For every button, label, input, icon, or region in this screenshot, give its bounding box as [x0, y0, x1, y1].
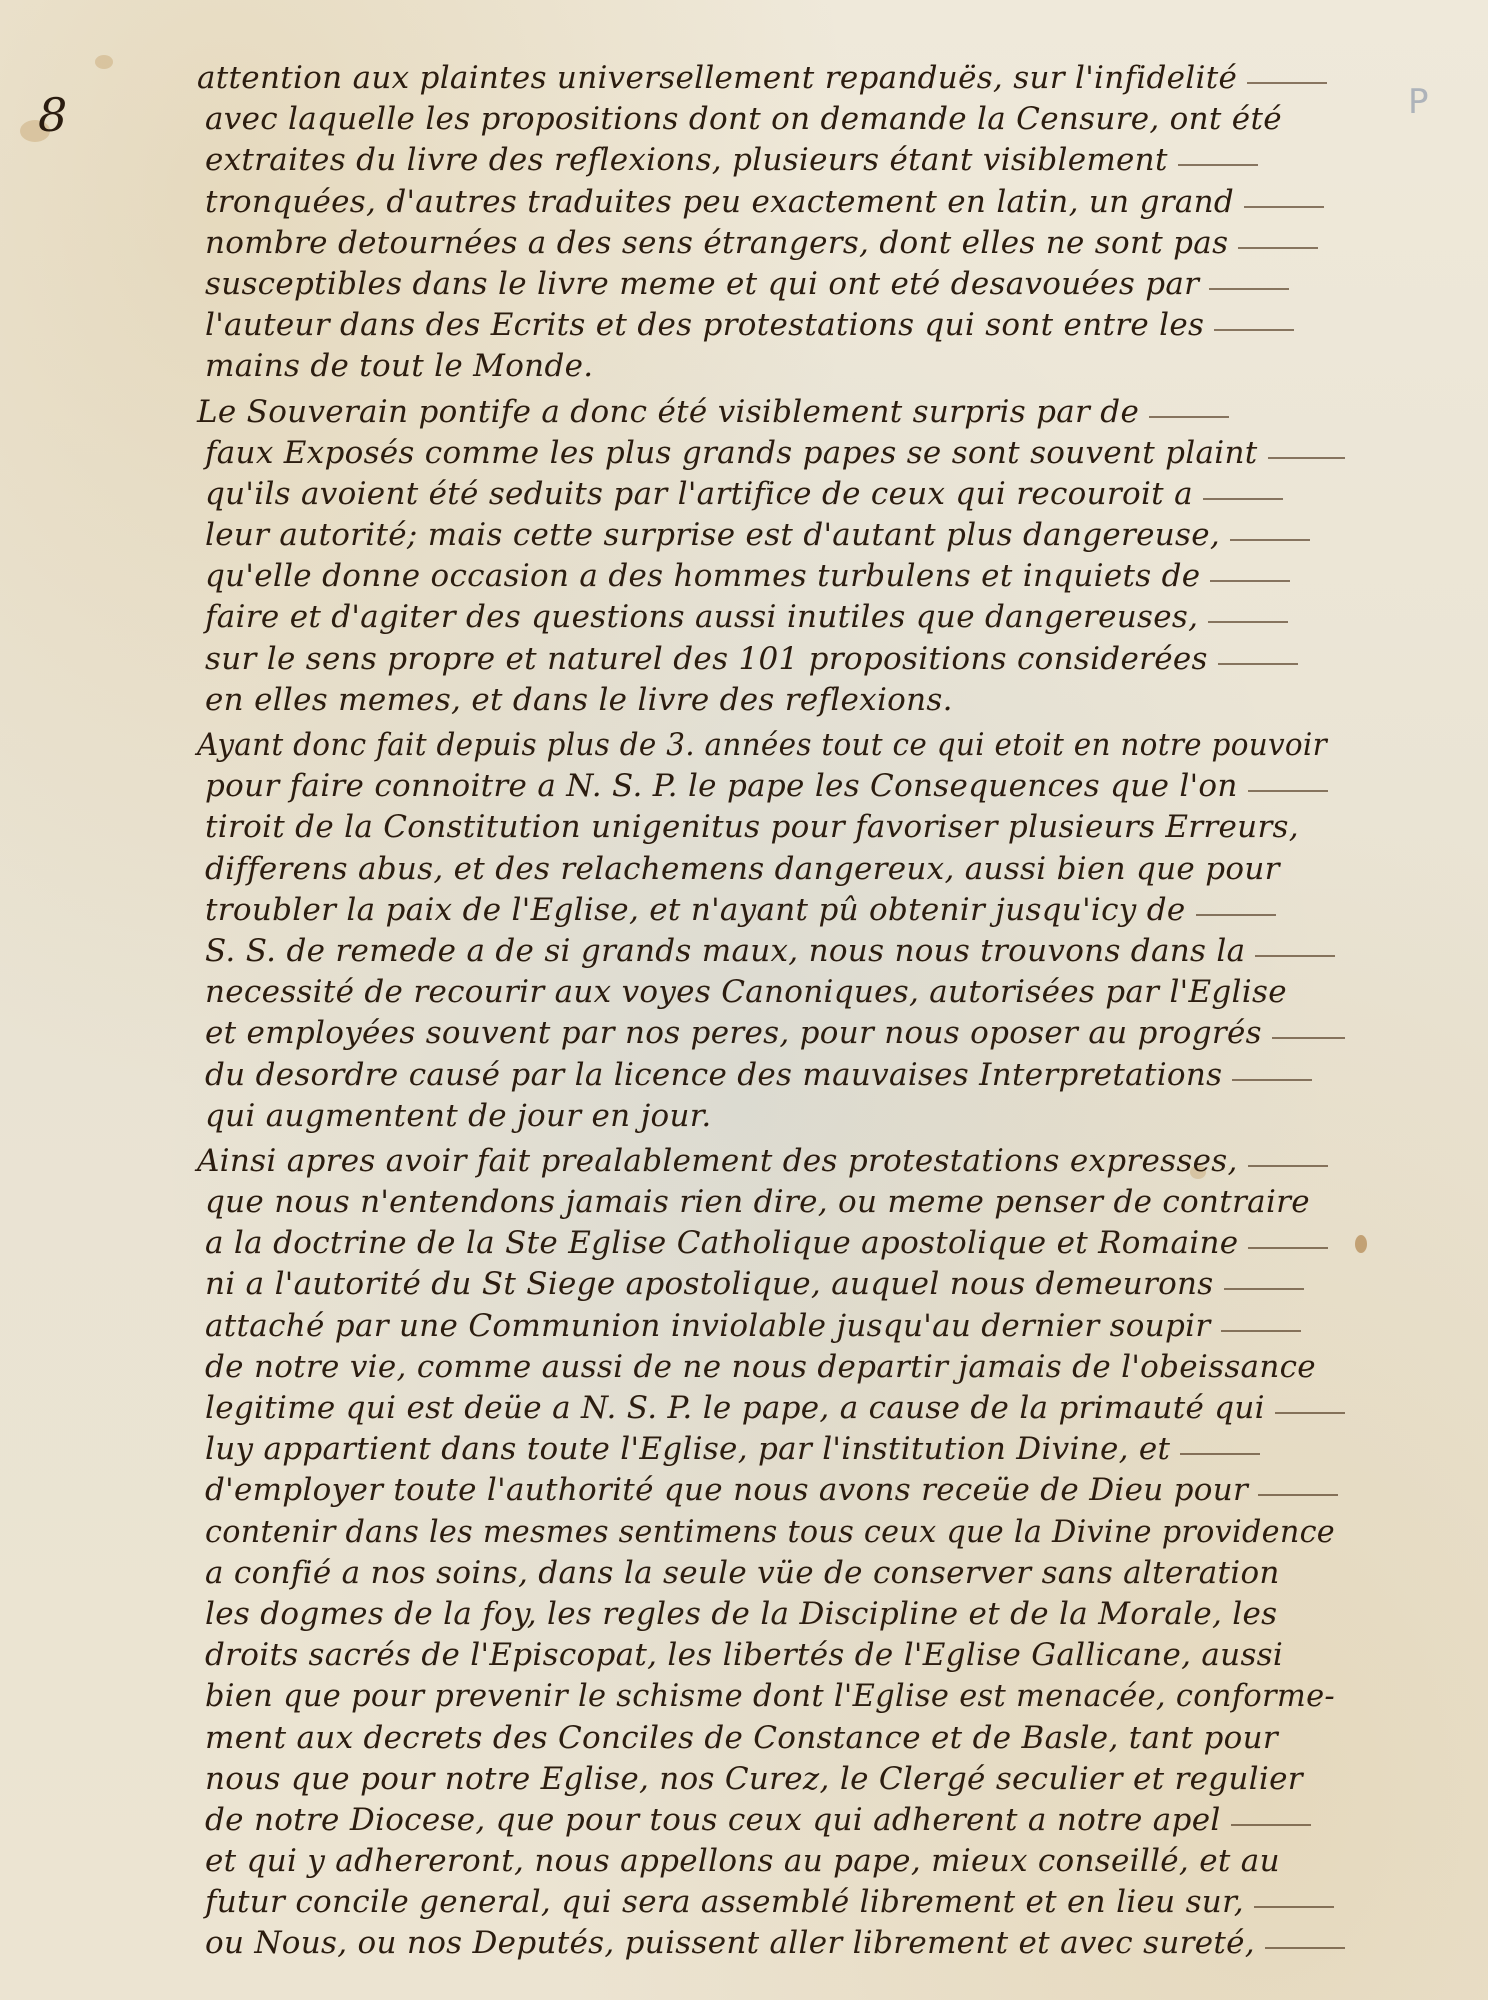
line-filler-stroke — [1221, 1330, 1301, 1332]
handwritten-line: qu'elle donne occasion a des hommes turb… — [205, 556, 1345, 597]
paragraph: attention aux plaintes universellement r… — [205, 58, 1345, 388]
line-text: et employées souvent par nos peres, pour… — [205, 1015, 1262, 1051]
line-filler-stroke — [1214, 329, 1294, 331]
line-filler-stroke — [1210, 580, 1290, 582]
line-filler-stroke — [1196, 914, 1276, 916]
line-text: mains de tout le Monde. — [205, 348, 593, 384]
manuscript-page: 8 P attention aux plaintes universelleme… — [0, 0, 1488, 2000]
handwritten-line: attaché par une Communion inviolable jus… — [205, 1306, 1345, 1347]
line-filler-stroke — [1248, 1165, 1328, 1167]
line-text: d'employer toute l'authorité que nous av… — [205, 1472, 1248, 1508]
line-text: tiroit de la Constitution unigenitus pou… — [205, 809, 1299, 845]
line-filler-stroke — [1149, 416, 1229, 418]
line-filler-stroke — [1218, 663, 1298, 665]
line-text: contenir dans les mesmes sentimens tous … — [205, 1512, 1335, 1553]
line-text: leur autorité; mais cette surprise est d… — [205, 517, 1220, 553]
line-text: Ainsi apres avoir fait prealablement des… — [197, 1143, 1238, 1179]
handwritten-line: nous que pour notre Eglise, nos Curez, l… — [205, 1759, 1345, 1800]
handwritten-line: bien que pour prevenir le schisme dont l… — [205, 1676, 1345, 1717]
handwritten-line: d'employer toute l'authorité que nous av… — [205, 1470, 1345, 1511]
line-text: qu'elle donne occasion a des hommes turb… — [205, 558, 1200, 594]
handwritten-line: que nous n'entendons jamais rien dire, o… — [205, 1182, 1345, 1223]
handwritten-line: attention aux plaintes universellement r… — [197, 58, 1345, 99]
line-filler-stroke — [1268, 457, 1345, 459]
line-text: a la doctrine de la Ste Eglise Catholiqu… — [205, 1225, 1238, 1261]
handwritten-line: futur concile general, qui sera assemblé… — [205, 1882, 1345, 1923]
handwritten-line: S. S. de remede a de si grands maux, nou… — [205, 931, 1345, 972]
line-filler-stroke — [1203, 498, 1283, 500]
line-text: attention aux plaintes universellement r… — [197, 60, 1237, 96]
handwritten-line: et qui y adhereront, nous appellons au p… — [205, 1841, 1345, 1882]
handwritten-line: nombre detournées a des sens étrangers, … — [205, 223, 1345, 264]
handwritten-line: et employées souvent par nos peres, pour… — [205, 1013, 1345, 1054]
line-filler-stroke — [1224, 1288, 1304, 1290]
handwritten-line: tiroit de la Constitution unigenitus pou… — [205, 807, 1345, 848]
foxing-stain — [95, 55, 113, 69]
line-filler-stroke — [1244, 206, 1324, 208]
handwritten-line: differens abus, et des relachemens dange… — [205, 849, 1345, 890]
paragraph: Ayant donc fait depuis plus de 3. années… — [205, 725, 1345, 1137]
line-text: faire et d'agiter des questions aussi in… — [205, 599, 1198, 635]
line-text: necessité de recourir aux voyes Canoniqu… — [205, 974, 1287, 1010]
line-text: extraites du livre des reflexions, plusi… — [205, 142, 1168, 178]
handwritten-line: susceptibles dans le livre meme et qui o… — [205, 264, 1345, 305]
handwritten-line: a la doctrine de la Ste Eglise Catholiqu… — [205, 1223, 1345, 1264]
line-filler-stroke — [1248, 1247, 1328, 1249]
line-text: S. S. de remede a de si grands maux, nou… — [205, 933, 1245, 969]
line-filler-stroke — [1258, 1494, 1338, 1496]
handwritten-line: de notre vie, comme aussi de ne nous dep… — [205, 1347, 1345, 1388]
line-text: qui augmentent de jour en jour. — [205, 1098, 712, 1134]
handwritten-line: Ayant donc fait depuis plus de 3. années… — [197, 725, 1345, 766]
line-text: Le Souverain pontife a donc été visiblem… — [197, 394, 1139, 430]
line-text: du desordre causé par la licence des mau… — [205, 1057, 1222, 1093]
line-text: futur concile general, qui sera assemblé… — [205, 1884, 1244, 1920]
handwritten-line: necessité de recourir aux voyes Canoniqu… — [205, 972, 1345, 1013]
line-text: troubler la paix de l'Eglise, et n'ayant… — [205, 892, 1186, 928]
line-text: l'auteur dans des Ecrits et des protesta… — [205, 307, 1204, 343]
handwritten-line: troubler la paix de l'Eglise, et n'ayant… — [205, 890, 1345, 931]
line-text: luy appartient dans toute l'Eglise, par … — [205, 1431, 1170, 1467]
line-text: legitime qui est deüe a N. S. P. le pape… — [205, 1390, 1265, 1426]
handwritten-line: de notre Diocese, que pour tous ceux qui… — [205, 1800, 1345, 1841]
handwritten-line: Le Souverain pontife a donc été visiblem… — [197, 392, 1345, 433]
line-text: de notre Diocese, que pour tous ceux qui… — [205, 1802, 1221, 1838]
handwritten-line: extraites du livre des reflexions, plusi… — [205, 140, 1345, 181]
handwritten-line: les dogmes de la foy, les regles de la D… — [205, 1594, 1345, 1635]
handwritten-line: mains de tout le Monde. — [205, 346, 1345, 387]
line-text: sur le sens propre et naturel des 101 pr… — [205, 641, 1208, 677]
line-filler-stroke — [1254, 1906, 1334, 1908]
line-text: de notre vie, comme aussi de ne nous dep… — [205, 1349, 1316, 1385]
handwritten-line: luy appartient dans toute l'Eglise, par … — [205, 1429, 1345, 1470]
handwritten-line: droits sacrés de l'Episcopat, les libert… — [205, 1635, 1345, 1676]
line-filler-stroke — [1248, 790, 1328, 792]
line-filler-stroke — [1265, 1947, 1345, 1949]
line-text: les dogmes de la foy, les regles de la D… — [205, 1596, 1277, 1632]
handwritten-line: ou Nous, ou nos Deputés, puissent aller … — [205, 1923, 1345, 1964]
line-text: ni a l'autorité du St Siege apostolique,… — [205, 1266, 1214, 1302]
line-filler-stroke — [1255, 955, 1335, 957]
line-text: nous que pour notre Eglise, nos Curez, l… — [205, 1761, 1303, 1797]
line-filler-stroke — [1209, 288, 1289, 290]
line-text: differens abus, et des relachemens dange… — [205, 851, 1280, 887]
handwritten-line: Ainsi apres avoir fait prealablement des… — [197, 1141, 1345, 1182]
archive-stamp-mark: P — [1408, 82, 1429, 122]
paragraph: Ainsi apres avoir fait prealablement des… — [205, 1141, 1345, 1965]
line-filler-stroke — [1231, 1824, 1311, 1826]
line-text: tronquées, d'autres traduites peu exacte… — [205, 184, 1234, 220]
line-text: en elles memes, et dans le livre des ref… — [205, 682, 953, 718]
handwritten-line: legitime qui est deüe a N. S. P. le pape… — [205, 1388, 1345, 1429]
foxing-stain — [1355, 1235, 1367, 1253]
line-text: Ayant donc fait depuis plus de 3. années… — [197, 725, 1327, 766]
handwritten-line: qui augmentent de jour en jour. — [205, 1096, 1345, 1137]
handwritten-line: qu'ils avoient été seduits par l'artific… — [205, 474, 1345, 515]
line-text: avec laquelle les propositions dont on d… — [205, 101, 1282, 137]
handwritten-line: pour faire connoitre a N. S. P. le pape … — [205, 766, 1345, 807]
handwritten-line: contenir dans les mesmes sentimens tous … — [205, 1512, 1345, 1553]
handwritten-line: sur le sens propre et naturel des 101 pr… — [205, 639, 1345, 680]
line-filler-stroke — [1272, 1037, 1345, 1039]
line-text: a confié a nos soins, dans la seule vüe … — [205, 1555, 1280, 1591]
handwritten-line: ment aux decrets des Conciles de Constan… — [205, 1718, 1345, 1759]
line-filler-stroke — [1238, 247, 1318, 249]
manuscript-text: attention aux plaintes universellement r… — [205, 58, 1345, 1965]
line-filler-stroke — [1232, 1079, 1312, 1081]
line-text: et qui y adhereront, nous appellons au p… — [205, 1843, 1280, 1879]
line-text: que nous n'entendons jamais rien dire, o… — [205, 1184, 1310, 1220]
line-text: bien que pour prevenir le schisme dont l… — [205, 1676, 1335, 1717]
handwritten-line: tronquées, d'autres traduites peu exacte… — [205, 182, 1345, 223]
line-filler-stroke — [1180, 1453, 1260, 1455]
handwritten-line: ni a l'autorité du St Siege apostolique,… — [205, 1264, 1345, 1305]
line-text: qu'ils avoient été seduits par l'artific… — [205, 476, 1193, 512]
line-text: nombre detournées a des sens étrangers, … — [205, 225, 1228, 261]
line-filler-stroke — [1208, 621, 1288, 623]
paragraph: Le Souverain pontife a donc été visiblem… — [205, 392, 1345, 722]
line-filler-stroke — [1178, 164, 1258, 166]
line-text: ment aux decrets des Conciles de Constan… — [205, 1720, 1278, 1756]
line-text: ou Nous, ou nos Deputés, puissent aller … — [205, 1925, 1255, 1961]
line-filler-stroke — [1230, 539, 1310, 541]
handwritten-line: l'auteur dans des Ecrits et des protesta… — [205, 305, 1345, 346]
line-text: faux Exposés comme les plus grands papes… — [205, 435, 1258, 471]
handwritten-line: leur autorité; mais cette surprise est d… — [205, 515, 1345, 556]
line-filler-stroke — [1247, 82, 1327, 84]
handwritten-line: du desordre causé par la licence des mau… — [205, 1055, 1345, 1096]
line-text: droits sacrés de l'Episcopat, les libert… — [205, 1637, 1283, 1673]
folio-number: 8 — [38, 88, 67, 142]
handwritten-line: a confié a nos soins, dans la seule vüe … — [205, 1553, 1345, 1594]
line-text: pour faire connoitre a N. S. P. le pape … — [205, 768, 1238, 804]
handwritten-line: avec laquelle les propositions dont on d… — [205, 99, 1345, 140]
line-text: susceptibles dans le livre meme et qui o… — [205, 266, 1199, 302]
line-filler-stroke — [1275, 1412, 1345, 1414]
line-text: attaché par une Communion inviolable jus… — [205, 1308, 1211, 1344]
handwritten-line: faux Exposés comme les plus grands papes… — [205, 433, 1345, 474]
handwritten-line: faire et d'agiter des questions aussi in… — [205, 597, 1345, 638]
handwritten-line: en elles memes, et dans le livre des ref… — [205, 680, 1345, 721]
